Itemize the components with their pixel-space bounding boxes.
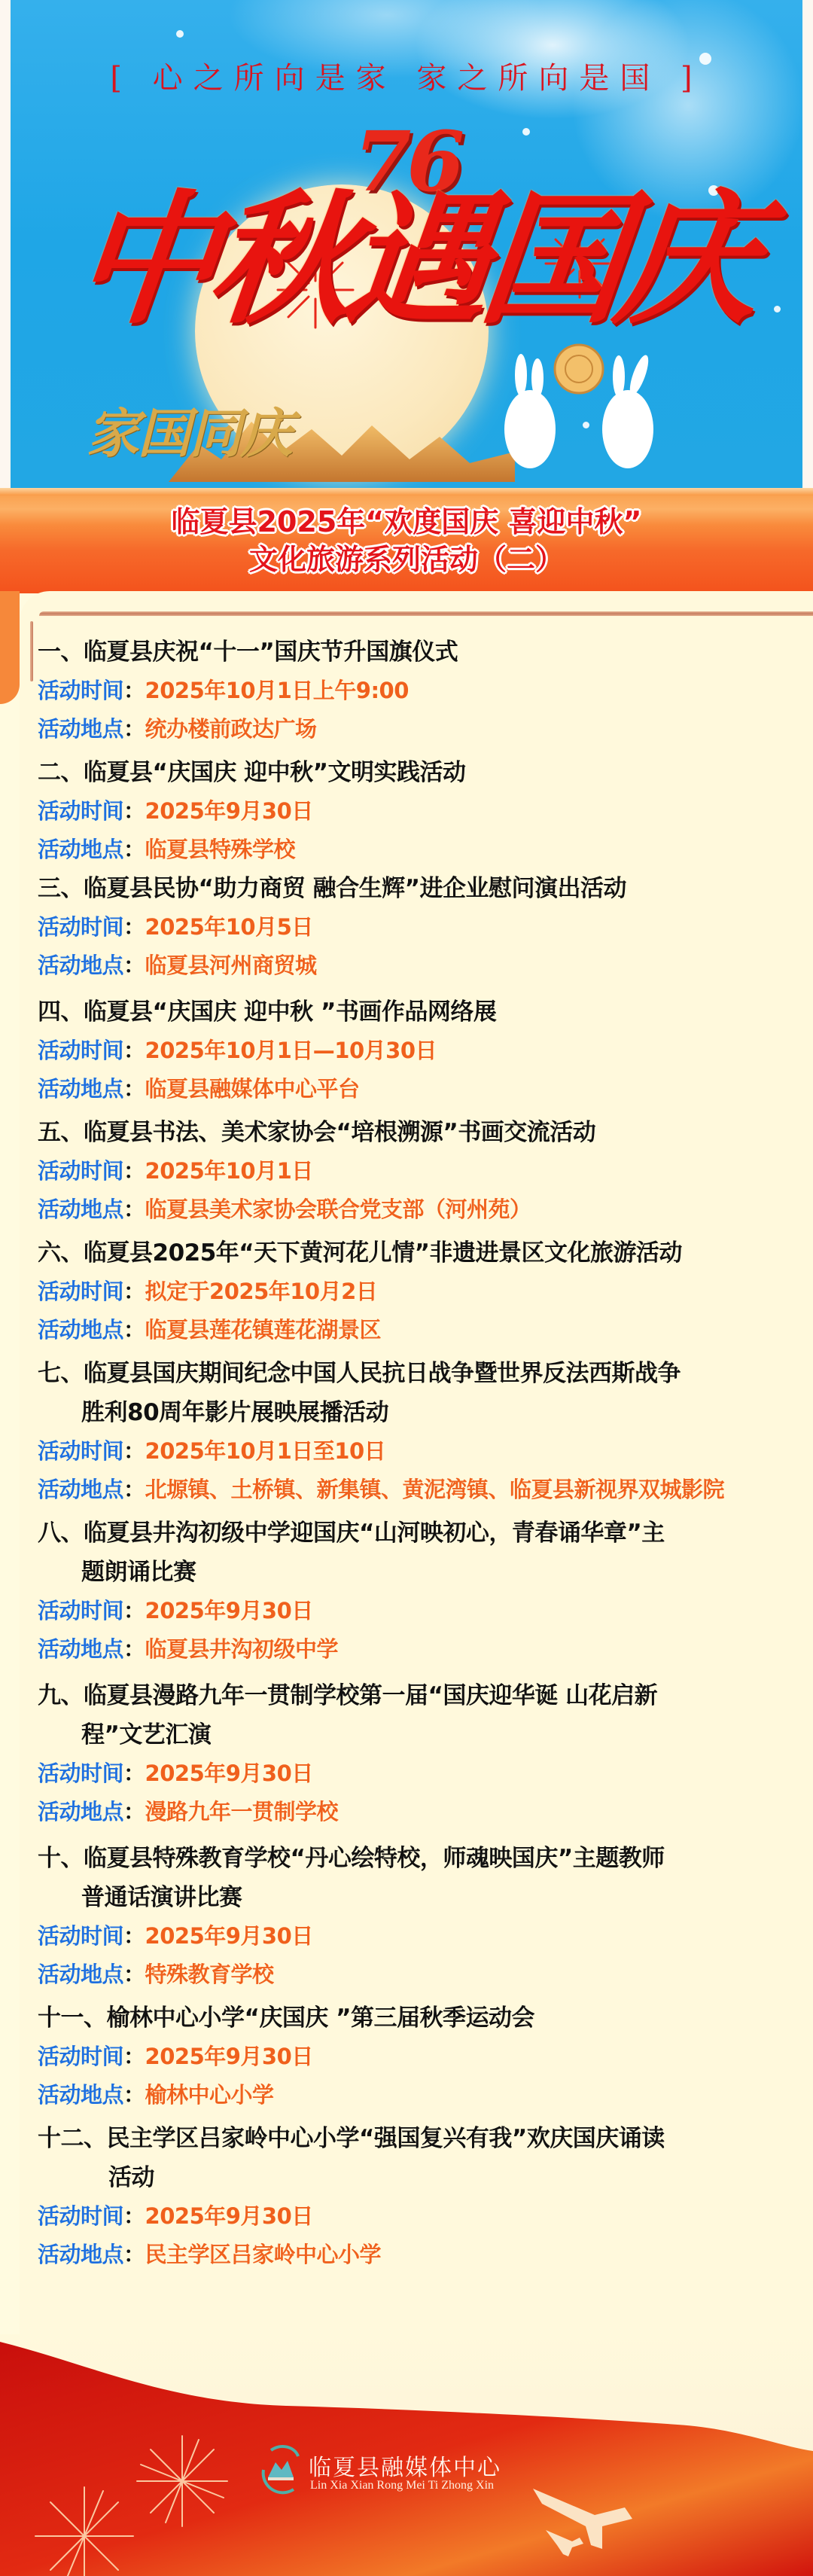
- activity-item: 十二、民主学区吕家岭中心小学“强国复兴有我”欢庆国庆诵读活动 活动时间：2025…: [38, 2119, 790, 2274]
- activity-title: 六、临夏县2025年“天下黄河花儿情”非遗进景区文化旅游活动: [38, 1233, 790, 1273]
- time-label: 活动时间: [38, 1432, 123, 1471]
- activity-place-row: 活动地点：临夏县融媒体中心平台: [38, 1070, 790, 1108]
- activity-place-row: 活动地点：特殊教育学校: [38, 1956, 790, 1994]
- activity-place: 北塬镇、土桥镇、新集镇、黄泥湾镇、临夏县新视界双城影院: [145, 1471, 725, 1509]
- place-label: 活动地点: [38, 1793, 123, 1831]
- sparkle-dot: [774, 306, 781, 312]
- activity-time-row: 活动时间：2025年10月1日至10日: [38, 1432, 790, 1471]
- activity-item: 四、临夏县“庆国庆 迎中秋 ”书画作品网络展 活动时间：2025年10月1日—1…: [38, 992, 790, 1108]
- activity-place: 民主学区吕家岭中心小学: [145, 2236, 382, 2274]
- colon: ：: [123, 792, 145, 831]
- activity-title: 八、临夏县井沟初级中学迎国庆“山河映初心，青春诵华章”主题朗诵比赛: [38, 1514, 790, 1592]
- activity-place: 临夏县美术家协会联合党支部（河州苑）: [145, 1190, 531, 1229]
- hero-banner: [ 心之所向是家 家之所向是国 ] 76 中秋遇国庆 家国同庆: [0, 0, 813, 497]
- place-label: 活动地点: [38, 1471, 123, 1509]
- page-title-line1: 临夏县2025年“欢度国庆 喜迎中秋”: [0, 503, 813, 541]
- activity-place: 漫路九年一贯制学校: [145, 1793, 339, 1831]
- activity-title: 十、临夏县特殊教育学校“丹心绘特校，师魂映国庆”主题教师普通话演讲比赛: [38, 1839, 790, 1917]
- time-label: 活动时间: [38, 2197, 123, 2236]
- activity-place-row: 活动地点：榆林中心小学: [38, 2076, 790, 2114]
- activity-place: 临夏县河州商贸城: [145, 947, 317, 985]
- sparkle-dot: [522, 128, 530, 136]
- activity-title: 九、临夏县漫路九年一贯制学校第一届“国庆迎华诞 山花启新程”文艺汇演: [38, 1676, 790, 1754]
- activity-time-row: 活动时间：2025年10月5日: [38, 908, 790, 947]
- time-label: 活动时间: [38, 1592, 123, 1630]
- activity-time: 2025年9月30日: [145, 792, 313, 831]
- colon: ：: [123, 1152, 145, 1190]
- activity-item: 二、临夏县“庆国庆 迎中秋”文明实践活动 活动时间：2025年9月30日 活动地…: [38, 753, 790, 869]
- sparkle-dot: [176, 30, 184, 38]
- activity-time-row: 活动时间：2025年9月30日: [38, 1592, 790, 1630]
- activity-time: 2025年10月1日上午9:00: [145, 672, 409, 710]
- colon: ：: [123, 1070, 145, 1108]
- card-border-line: [39, 611, 813, 616]
- time-label: 活动时间: [38, 1917, 123, 1956]
- activity-title: 一、临夏县庆祝“十一”国庆节升国旗仪式: [38, 633, 790, 672]
- activity-item: 七、临夏县国庆期间纪念中国人民抗日战争暨世界反法西斯战争胜利80周年影片展映展播…: [38, 1354, 790, 1509]
- card-corner-decoration: [0, 591, 20, 704]
- activity-item: 五、临夏县书法、美术家协会“培根溯源”书画交流活动 活动时间：2025年10月1…: [38, 1113, 790, 1229]
- colon: ：: [123, 1032, 145, 1070]
- colon: ：: [123, 1917, 145, 1956]
- place-label: 活动地点: [38, 1190, 123, 1229]
- activity-time-row: 活动时间：2025年9月30日: [38, 1754, 790, 1793]
- activity-item: 三、临夏县民协“助力商贸 融合生辉”进企业慰问演出活动 活动时间：2025年10…: [38, 869, 790, 985]
- activity-time: 2025年10月1日至10日: [145, 1432, 386, 1471]
- activity-time: 2025年10月1日: [145, 1152, 313, 1190]
- activity-list: 一、临夏县庆祝“十一”国庆节升国旗仪式 活动时间：2025年10月1日上午9:0…: [38, 633, 790, 2274]
- colon: ：: [123, 1793, 145, 1831]
- page-title-line2: 文化旅游系列活动（二）: [0, 541, 813, 578]
- logo-emblem-icon: [256, 2440, 304, 2500]
- activity-time-row: 活动时间：2025年9月30日: [38, 2038, 790, 2076]
- colon: ：: [123, 1630, 145, 1669]
- activity-place: 临夏县特殊学校: [145, 831, 296, 869]
- colon: ：: [123, 2038, 145, 2076]
- activity-item: 八、临夏县井沟初级中学迎国庆“山河映初心，青春诵华章”主题朗诵比赛 活动时间：2…: [38, 1514, 790, 1669]
- page-title: 临夏县2025年“欢度国庆 喜迎中秋” 文化旅游系列活动（二）: [0, 503, 813, 578]
- time-label: 活动时间: [38, 792, 123, 831]
- time-label: 活动时间: [38, 1032, 123, 1070]
- colon: ：: [123, 2236, 145, 2274]
- colon: ：: [123, 710, 145, 748]
- place-label: 活动地点: [38, 710, 123, 748]
- place-label: 活动地点: [38, 2236, 123, 2274]
- activity-place-row: 活动地点：统办楼前政达广场: [38, 710, 790, 748]
- time-label: 活动时间: [38, 908, 123, 947]
- place-label: 活动地点: [38, 1070, 123, 1108]
- colon: ：: [123, 1592, 145, 1630]
- colon: ：: [123, 1273, 145, 1311]
- activity-place: 榆林中心小学: [145, 2076, 274, 2114]
- activity-time-row: 活动时间：2025年9月30日: [38, 792, 790, 831]
- activity-time-row: 活动时间：2025年10月1日: [38, 1152, 790, 1190]
- activity-place-row: 活动地点：北塬镇、土桥镇、新集镇、黄泥湾镇、临夏县新视界双城影院: [38, 1471, 790, 1509]
- activity-place: 临夏县融媒体中心平台: [145, 1070, 360, 1108]
- activity-time-row: 活动时间：2025年10月1日上午9:00: [38, 672, 790, 710]
- activity-title: 十二、民主学区吕家岭中心小学“强国复兴有我”欢庆国庆诵读活动: [38, 2119, 790, 2197]
- place-label: 活动地点: [38, 1956, 123, 1994]
- activity-time: 拟定于2025年10月2日: [145, 1273, 378, 1311]
- card-border-line-vertical: [30, 621, 33, 681]
- activity-time-row: 活动时间：2025年9月30日: [38, 2197, 790, 2236]
- activity-title: 五、临夏县书法、美术家协会“培根溯源”书画交流活动: [38, 1113, 790, 1152]
- time-label: 活动时间: [38, 1152, 123, 1190]
- time-label: 活动时间: [38, 2038, 123, 2076]
- colon: ：: [123, 947, 145, 985]
- activity-place: 临夏县莲花镇莲花湖景区: [145, 1311, 382, 1349]
- place-label: 活动地点: [38, 1630, 123, 1669]
- activity-title: 四、临夏县“庆国庆 迎中秋 ”书画作品网络展: [38, 992, 790, 1032]
- colon: ：: [123, 1311, 145, 1349]
- logo-chinese-name: 临夏县融媒体中心: [309, 2449, 501, 2482]
- activity-place: 特殊教育学校: [145, 1956, 274, 1994]
- activity-item: 十一、榆林中心小学“庆国庆 ”第三届秋季运动会 活动时间：2025年9月30日 …: [38, 1998, 790, 2114]
- time-label: 活动时间: [38, 672, 123, 710]
- activity-time: 2025年9月30日: [145, 1754, 313, 1793]
- activity-place: 统办楼前政达广场: [145, 710, 317, 748]
- activity-place-row: 活动地点：漫路九年一贯制学校: [38, 1793, 790, 1831]
- activity-time-row: 活动时间：拟定于2025年10月2日: [38, 1273, 790, 1311]
- activity-time-row: 活动时间：2025年9月30日: [38, 1917, 790, 1956]
- colon: ：: [123, 1190, 145, 1229]
- hero-calligraphy-title: 中秋遇国庆: [68, 188, 760, 331]
- media-center-logo: 临夏县融媒体中心 Lin Xia Xian Rong Mei Ti Zhong …: [256, 2440, 504, 2500]
- activity-place-row: 活动地点：民主学区吕家岭中心小学: [38, 2236, 790, 2274]
- place-label: 活动地点: [38, 1311, 123, 1349]
- activity-title: 三、临夏县民协“助力商贸 融合生辉”进企业慰问演出活动: [38, 869, 790, 908]
- activity-time-row: 活动时间：2025年10月1日—10月30日: [38, 1032, 790, 1070]
- colon: ：: [123, 1432, 145, 1471]
- colon: ：: [123, 1471, 145, 1509]
- activity-time: 2025年9月30日: [145, 1917, 313, 1956]
- activity-place-row: 活动地点：临夏县莲花镇莲花湖景区: [38, 1311, 790, 1349]
- activity-item: 十、临夏县特殊教育学校“丹心绘特校，师魂映国庆”主题教师普通话演讲比赛 活动时间…: [38, 1839, 790, 1994]
- activity-place-row: 活动地点：临夏县河州商贸城: [38, 947, 790, 985]
- activity-time: 2025年10月1日—10月30日: [145, 1032, 437, 1070]
- activity-place-row: 活动地点：临夏县特殊学校: [38, 831, 790, 869]
- colon: ：: [123, 2076, 145, 2114]
- activity-item: 六、临夏县2025年“天下黄河花儿情”非遗进景区文化旅游活动 活动时间：拟定于2…: [38, 1233, 790, 1349]
- time-label: 活动时间: [38, 1273, 123, 1311]
- colon: ：: [123, 1956, 145, 1994]
- time-label: 活动时间: [38, 1754, 123, 1793]
- activity-item: 一、临夏县庆祝“十一”国庆节升国旗仪式 活动时间：2025年10月1日上午9:0…: [38, 633, 790, 748]
- slogan: [ 心之所向是家 家之所向是国 ]: [0, 54, 813, 97]
- activity-title: 十一、榆林中心小学“庆国庆 ”第三届秋季运动会: [38, 1998, 790, 2038]
- place-label: 活动地点: [38, 831, 123, 869]
- activity-time: 2025年9月30日: [145, 1592, 313, 1630]
- activity-title: 二、临夏县“庆国庆 迎中秋”文明实践活动: [38, 753, 790, 792]
- activity-time: 2025年9月30日: [145, 2038, 313, 2076]
- activity-place-row: 活动地点：临夏县井沟初级中学: [38, 1630, 790, 1669]
- title-band: 临夏县2025年“欢度国庆 喜迎中秋” 文化旅游系列活动（二）: [0, 488, 813, 593]
- colon: ：: [123, 1754, 145, 1793]
- activity-time: 2025年9月30日: [145, 2197, 313, 2236]
- activity-item: 九、临夏县漫路九年一贯制学校第一届“国庆迎华诞 山花启新程”文艺汇演 活动时间：…: [38, 1676, 790, 1831]
- colon: ：: [123, 831, 145, 869]
- colon: ：: [123, 672, 145, 710]
- place-label: 活动地点: [38, 947, 123, 985]
- activity-title: 七、临夏县国庆期间纪念中国人民抗日战争暨世界反法西斯战争胜利80周年影片展映展播…: [38, 1354, 790, 1432]
- activity-place-row: 活动地点：临夏县美术家协会联合党支部（河州苑）: [38, 1190, 790, 1229]
- gold-calligraphy-subtitle: 家国同庆: [87, 392, 291, 468]
- colon: ：: [123, 908, 145, 947]
- activity-place: 临夏县井沟初级中学: [145, 1630, 339, 1669]
- activity-time: 2025年10月5日: [145, 908, 313, 947]
- place-label: 活动地点: [38, 2076, 123, 2114]
- colon: ：: [123, 2197, 145, 2236]
- logo-pinyin-name: Lin Xia Xian Rong Mei Ti Zhong Xin: [310, 2479, 494, 2492]
